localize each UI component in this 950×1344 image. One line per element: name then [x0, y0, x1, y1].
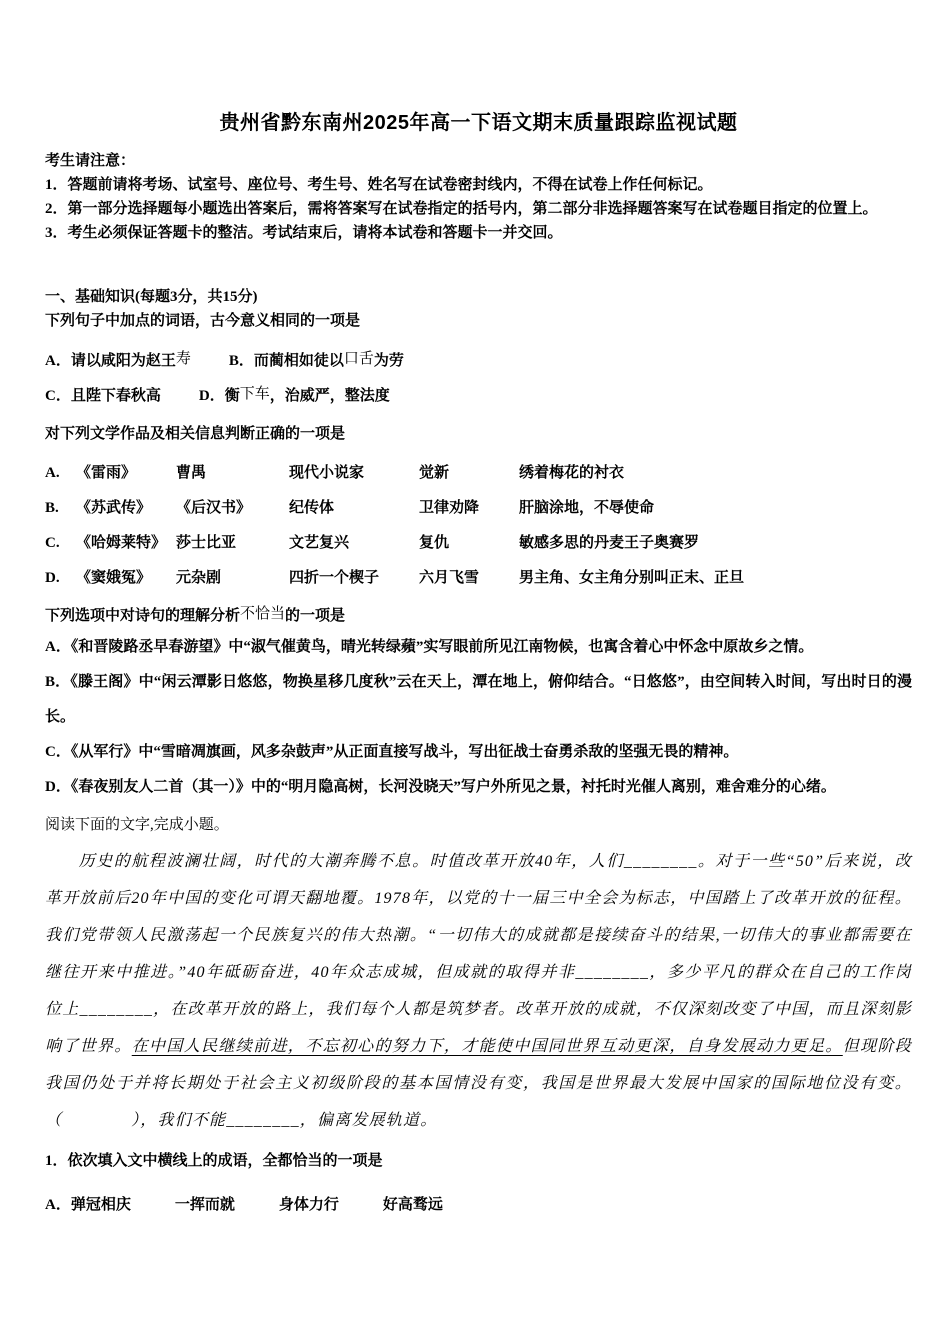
- spacer: [45, 245, 912, 285]
- lit-row-c-genre: 文艺复兴: [289, 526, 419, 561]
- lit-row-c-detail: 敏感多思的丹麦王子奥赛罗: [519, 526, 912, 561]
- passage-text: 历史的航程波澜壮阔，时代的大潮奔腾不息。时值改革开放40年，人们________…: [45, 853, 912, 1055]
- lit-row-d-work: 《窦娥冤》: [76, 561, 176, 596]
- q1-option-a: A．弹冠相庆一挥而就身体力行好高骛远: [45, 1188, 912, 1223]
- lit-row-b-label: B.: [45, 491, 76, 526]
- q-poetry-option-d: D．《春夜别友人二首（其一）》中的“明月隐高树，长河没晓天”写户外所见之景，衬托…: [45, 770, 912, 805]
- lit-row-b-detail: 肝脑涂地，不辱使命: [519, 491, 912, 526]
- section-one-heading: 一、基础知识(每题3分，共15分): [45, 285, 912, 309]
- notice-item-3: 3．考生必须保证答题卡的整洁。考试结束后，请将本试卷和答题卡一并交回。: [45, 221, 912, 245]
- lit-row-a-detail: 绣着梅花的衬衣: [519, 456, 912, 491]
- lit-row-a-genre: 现代小说家: [289, 456, 419, 491]
- q-words-option-b: B．而蔺相如徒以口舌为劳: [229, 353, 404, 369]
- lit-row-a-character: 觉新: [419, 456, 519, 491]
- literature-table: A. 《雷雨》 曹禺 现代小说家 觉新 绣着梅花的衬衣 B. 《苏武传》 《后汉…: [45, 456, 912, 596]
- q-poetry-stem: 下列选项中对诗句的理解分析不恰当的一项是: [45, 604, 912, 628]
- exam-title: 贵州省黔东南州2025年高一下语文期末质量跟踪监视试题: [45, 106, 912, 135]
- lit-row-a-label: A.: [45, 456, 76, 491]
- lit-row-d-label: D.: [45, 561, 76, 596]
- reading-intro: 阅读下面的文字,完成小题。: [45, 813, 912, 837]
- q-words-stem: 下列句子中加点的词语，古今意义相同的一项是: [45, 309, 912, 333]
- lit-row-b-genre: 纪传体: [289, 491, 419, 526]
- passage-underlined-sentence: 在中国人民继续前进，不忘初心的努力下，才能使中国同世界互动更深，自身发展动力更足…: [132, 1038, 843, 1055]
- q1-option-a-label: A．: [45, 1197, 71, 1213]
- exam-paper-page: 贵州省黔东南州2025年高一下语文期末质量跟踪监视试题 考生请注意： 1．答题前…: [0, 0, 950, 1344]
- lit-row-b-author: 《后汉书》: [176, 491, 289, 526]
- notice-item-2: 2．第一部分选择题每小题选出答案后，需将答案写在试卷指定的括号内，第二部分非选择…: [45, 197, 912, 221]
- q1-stem: 1．依次填入文中横线上的成语，全都恰当的一项是: [45, 1149, 912, 1173]
- q-poetry-options: A．《和晋陵路丞早春游望》中“淑气催黄鸟，晴光转绿蘋”实写眼前所见江南物候，也寓…: [45, 630, 912, 805]
- q-words-options-row-1: A．请以咸阳为赵王寿B．而蔺相如徒以口舌为劳: [45, 344, 912, 379]
- q-words-options-row-2: C．且陛下春秋高D．衡下车，治威严，整法度: [45, 379, 912, 414]
- dotted-word: 寿: [176, 351, 191, 367]
- lit-row-d-detail: 男主角、女主角分别叫正末、正旦: [519, 561, 912, 596]
- idiom-2: 一挥而就: [175, 1197, 235, 1213]
- notice-item-1: 1．答题前请将考场、试室号、座位号、考生号、姓名写在试卷密封线内，不得在试卷上作…: [45, 173, 912, 197]
- q-poetry-option-b: B．《滕王阁》中“闲云潭影日悠悠，物换星移几度秋”云在天上，潭在地上，俯仰结合。…: [45, 665, 912, 735]
- dotted-word: 口舌: [344, 351, 374, 367]
- idiom-1: 弹冠相庆: [71, 1197, 131, 1213]
- candidate-notice: 考生请注意： 1．答题前请将考场、试室号、座位号、考生号、姓名写在试卷密封线内，…: [45, 149, 912, 245]
- q-poetry-option-a: A．《和晋陵路丞早春游望》中“淑气催黄鸟，晴光转绿蘋”实写眼前所见江南物候，也寓…: [45, 630, 912, 665]
- lit-row-d-author: 元杂剧: [176, 561, 289, 596]
- q-words-option-d: D．衡下车，治威严，整法度: [199, 388, 390, 404]
- q-literature-stem: 对下列文学作品及相关信息判断正确的一项是: [45, 422, 912, 446]
- lit-row-d-character: 六月飞雪: [419, 561, 519, 596]
- lit-row-a-author: 曹禺: [176, 456, 289, 491]
- idiom-4: 好高骛远: [383, 1197, 443, 1213]
- idiom-3: 身体力行: [279, 1197, 339, 1213]
- q-words-option-a: A．请以咸阳为赵王寿: [45, 353, 191, 369]
- lit-row-d-genre: 四折一个楔子: [289, 561, 419, 596]
- q-poetry-option-c: C．《从军行》中“雪暗凋旗画，风多杂鼓声”从正面直接写战斗，写出征战士奋勇杀敌的…: [45, 735, 912, 770]
- dotted-word: 下车: [240, 386, 270, 402]
- reading-passage: 历史的航程波澜壮阔，时代的大潮奔腾不息。时值改革开放40年，人们________…: [45, 843, 912, 1139]
- notice-heading: 考生请注意：: [45, 149, 912, 173]
- lit-row-b-work: 《苏武传》: [76, 491, 176, 526]
- lit-row-c-work: 《哈姆莱特》: [76, 526, 176, 561]
- q-words-option-c: C．且陛下春秋高: [45, 388, 161, 404]
- lit-row-c-label: C.: [45, 526, 76, 561]
- lit-row-b-character: 卫律劝降: [419, 491, 519, 526]
- lit-row-c-author: 莎士比亚: [176, 526, 289, 561]
- lit-row-a-work: 《雷雨》: [76, 456, 176, 491]
- lit-row-c-character: 复仇: [419, 526, 519, 561]
- emphasized-word: 不恰当: [240, 606, 285, 622]
